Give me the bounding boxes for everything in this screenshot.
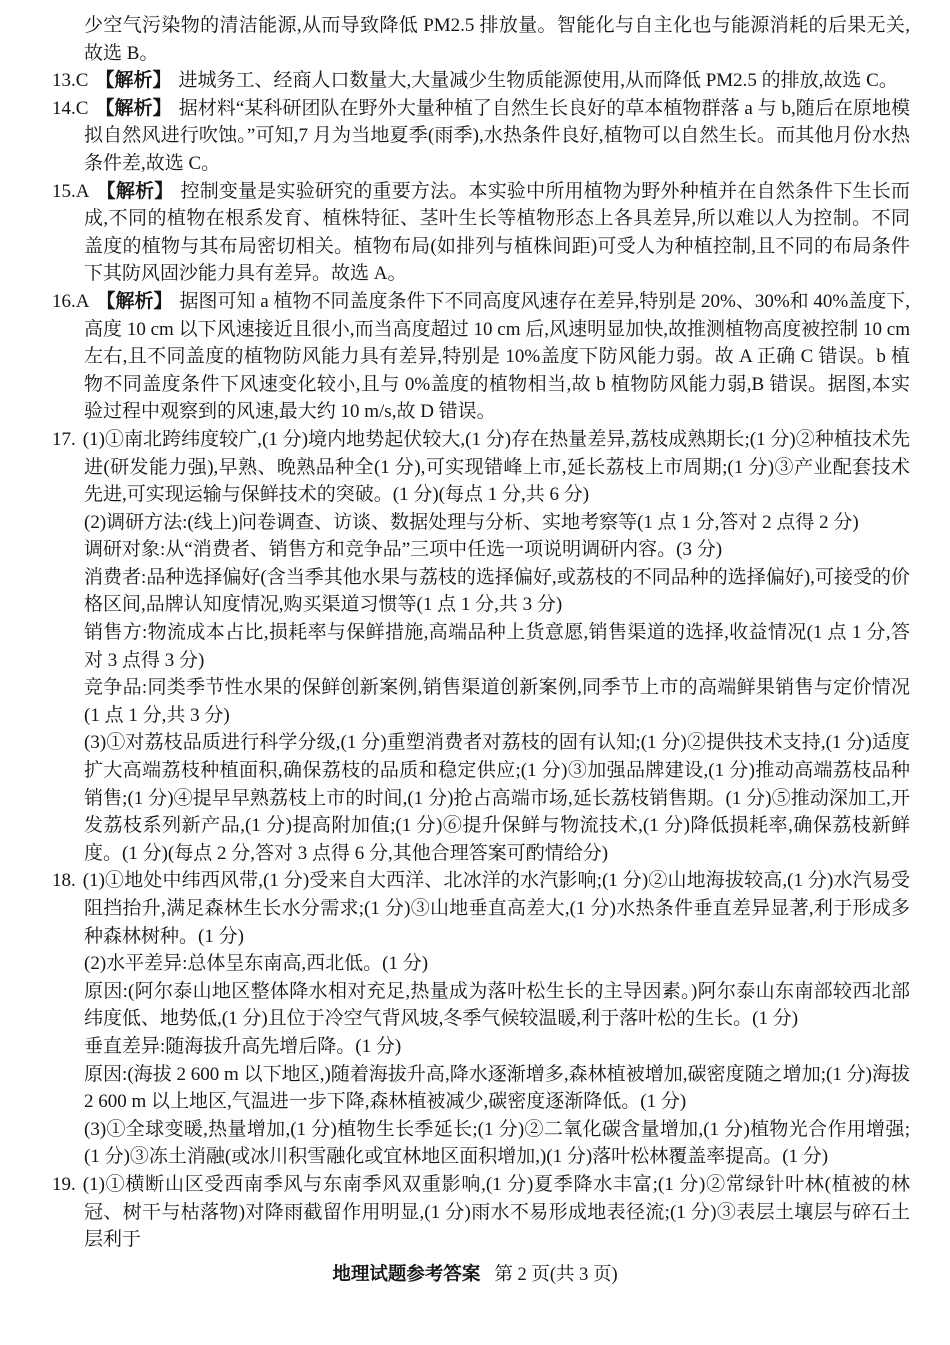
item-text: 销售方:物流成本占比,损耗率与保鲜措施,高端品种上货意愿,销售渠道的选择,收益情… — [84, 622, 910, 671]
item-number: 14.C — [52, 98, 88, 119]
answer-13: 13.C【解析】进城务工、经商人口数量大,大量减少生物质能源使用,从而降低 PM… — [84, 67, 910, 95]
footer-document-title: 地理试题参考答案 — [332, 1265, 480, 1285]
item-text: 原因:(阿尔泰山地区整体降水相对充足,热量成为落叶松生长的主导因素。)阿尔泰山东… — [84, 981, 910, 1030]
item-number: 13.C — [52, 70, 88, 91]
answer-12-continuation: 少空气污染物的清洁能源,从而导致降低 PM2.5 排放量。智能化与自主化也与能源… — [84, 12, 910, 67]
item-text: (3)①对荔枝品质进行科学分级,(1 分)重塑消费者对荔枝的固有认知;(1 分)… — [84, 732, 910, 863]
footer-page-number: 第 2 页(共 3 页) — [494, 1265, 617, 1285]
answer-17-part1: 17.(1)①南北跨纬度较广,(1 分)境内地势起伏较大,(1 分)存在热量差异… — [84, 426, 910, 509]
item-text: (2)调研方法:(线上)问卷调查、访谈、数据处理与分析、实地考察等(1 点 1 … — [84, 512, 859, 533]
item-text: 调研对象:从“消费者、销售方和竞争品”三项中任选一项说明调研内容。(3 分) — [84, 539, 722, 560]
item-number: 16.A — [52, 291, 89, 312]
answer-14: 14.C【解析】据材料“某科研团队在野外大量种植了自然生长良好的草本植物群落 a… — [84, 95, 910, 178]
answer-15: 15.A【解析】控制变量是实验研究的重要方法。本实验中所用植物为野外种植并在自然… — [84, 178, 910, 288]
answer-19-part1: 19.(1)①横断山区受西南季风与东南季风双重影响,(1 分)夏季降水丰富;(1… — [84, 1171, 910, 1254]
item-text: (1)①横断山区受西南季风与东南季风双重影响,(1 分)夏季降水丰富;(1 分)… — [83, 1174, 910, 1250]
analysis-label: 【解析】 — [96, 291, 172, 312]
answer-18-part2-vertical: 垂直差异:随海拔升高先增后降。(1 分) — [84, 1033, 910, 1061]
answer-18-part3: (3)①全球变暖,热量增加,(1 分)植物生长季延长;(1 分)②二氧化碳含量增… — [84, 1116, 910, 1171]
item-text: 控制变量是实验研究的重要方法。本实验中所用植物为野外种植并在自然条件下生长而成,… — [84, 181, 910, 285]
item-text: 消费者:品种选择偏好(含当季其他水果与荔枝的选择偏好,或荔枝的不同品种的选择偏好… — [84, 567, 910, 616]
answer-17-part2-seller: 销售方:物流成本占比,损耗率与保鲜措施,高端品种上货意愿,销售渠道的选择,收益情… — [84, 619, 910, 674]
answer-18-part2-horizontal: (2)水平差异:总体呈东南高,西北低。(1 分) — [84, 950, 910, 978]
item-number: 18. — [52, 870, 76, 891]
item-text: (1)①南北跨纬度较广,(1 分)境内地势起伏较大,(1 分)存在热量差异,荔枝… — [83, 429, 910, 505]
answer-17-part2-consumer: 消费者:品种选择偏好(含当季其他水果与荔枝的选择偏好,或荔枝的不同品种的选择偏好… — [84, 564, 910, 619]
analysis-label: 【解析】 — [95, 70, 171, 91]
item-text: 竞争品:同类季节性水果的保鲜创新案例,销售渠道创新案例,同季节上市的高端鲜果销售… — [84, 677, 910, 726]
item-number: 19. — [52, 1174, 76, 1195]
answer-17-part2-method: (2)调研方法:(线上)问卷调查、访谈、数据处理与分析、实地考察等(1 点 1 … — [84, 509, 910, 537]
answer-18-part2-horizontal-reason: 原因:(阿尔泰山地区整体降水相对充足,热量成为落叶松生长的主导因素。)阿尔泰山东… — [84, 978, 910, 1033]
answer-16: 16.A【解析】据图可知 a 植物不同盖度条件下不同高度风速存在差异,特别是 2… — [84, 288, 910, 426]
item-text: 少空气污染物的清洁能源,从而导致降低 PM2.5 排放量。智能化与自主化也与能源… — [84, 15, 910, 64]
item-number: 17. — [52, 429, 76, 450]
item-text: 原因:(海拔 2 600 m 以下地区,)随着海拔升高,降水逐渐增多,森林植被增… — [84, 1064, 910, 1113]
page-footer: 地理试题参考答案第 2 页(共 3 页) — [0, 1262, 950, 1290]
item-text: 据材料“某科研团队在野外大量种植了自然生长良好的草本植物群落 a 与 b,随后在… — [84, 98, 910, 174]
item-number: 15.A — [52, 181, 89, 202]
item-text: 进城务工、经商人口数量大,大量减少生物质能源使用,从而降低 PM2.5 的排放,… — [178, 70, 897, 91]
answer-18-part1: 18.(1)①地处中纬西风带,(1 分)受来自大西洋、北冰洋的水汽影响;(1 分… — [84, 867, 910, 950]
analysis-label: 【解析】 — [95, 98, 171, 119]
answer-17-part2-competitor: 竞争品:同类季节性水果的保鲜创新案例,销售渠道创新案例,同季节上市的高端鲜果销售… — [84, 674, 910, 729]
item-text: 垂直差异:随海拔升高先增后降。(1 分) — [84, 1036, 401, 1057]
item-text: 据图可知 a 植物不同盖度条件下不同高度风速存在差异,特别是 20%、30%和 … — [84, 291, 910, 422]
document-page: 少空气污染物的清洁能源,从而导致降低 PM2.5 排放量。智能化与自主化也与能源… — [0, 0, 950, 1345]
answer-17-part2-target: 调研对象:从“消费者、销售方和竞争品”三项中任选一项说明调研内容。(3 分) — [84, 536, 910, 564]
analysis-label: 【解析】 — [96, 181, 173, 202]
answer-17-part3: (3)①对荔枝品质进行科学分级,(1 分)重塑消费者对荔枝的固有认知;(1 分)… — [84, 729, 910, 867]
item-text: (2)水平差异:总体呈东南高,西北低。(1 分) — [84, 953, 428, 974]
answer-18-part2-vertical-reason: 原因:(海拔 2 600 m 以下地区,)随着海拔升高,降水逐渐增多,森林植被增… — [84, 1061, 910, 1116]
item-text: (1)①地处中纬西风带,(1 分)受来自大西洋、北冰洋的水汽影响;(1 分)②山… — [83, 870, 910, 946]
item-text: (3)①全球变暖,热量增加,(1 分)植物生长季延长;(1 分)②二氧化碳含量增… — [84, 1119, 910, 1168]
